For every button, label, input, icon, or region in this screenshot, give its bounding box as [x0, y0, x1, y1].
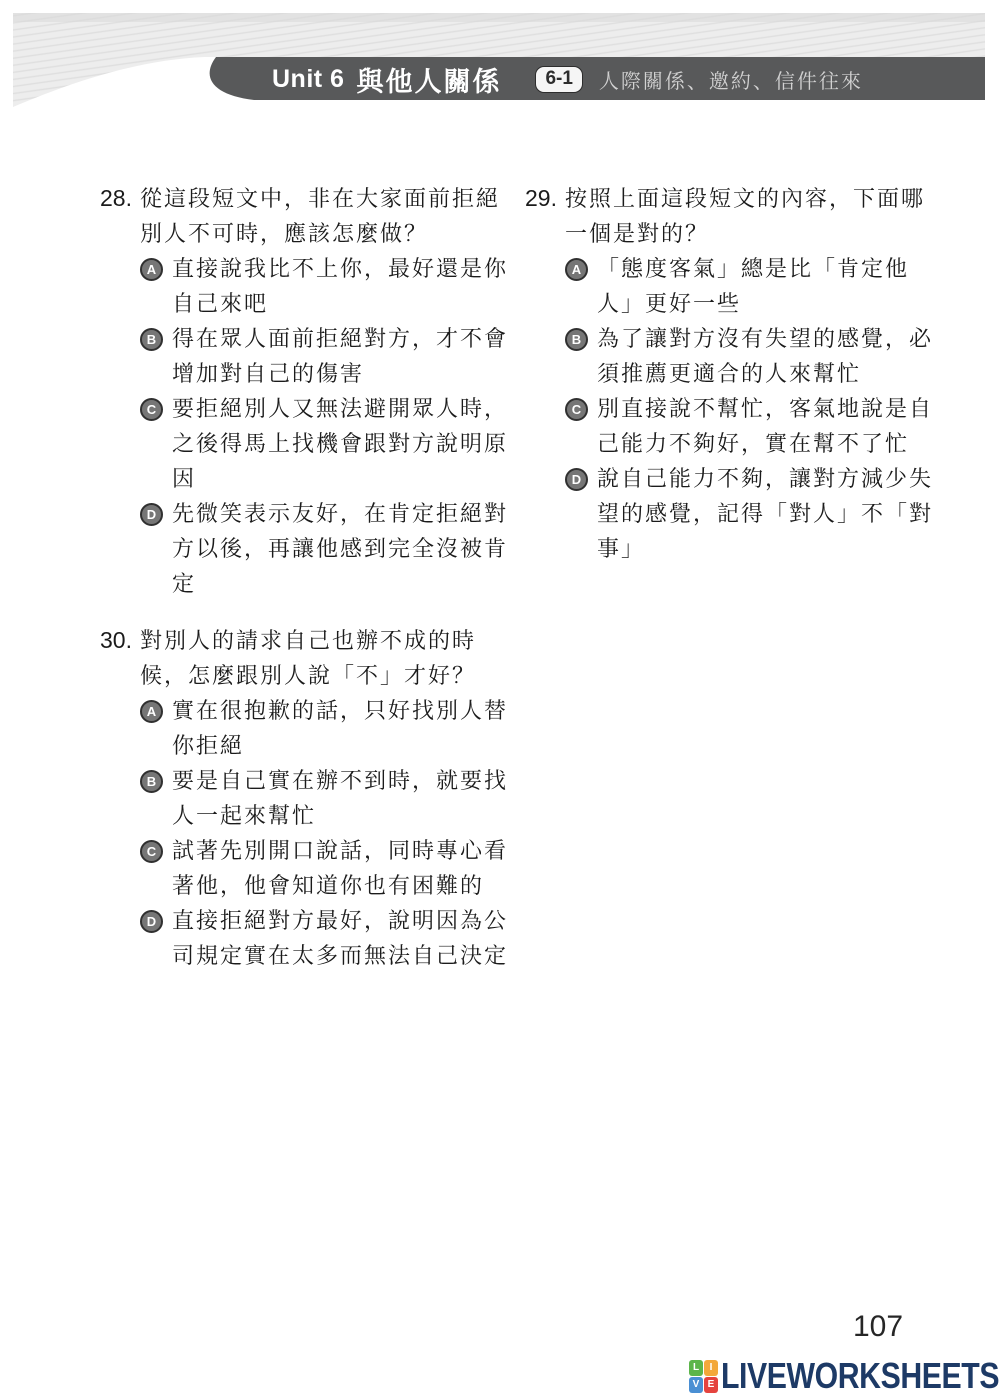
column-right: 29. 按照上面這段短文的內容，下面哪 一個是對的？ A 「態度客氣」總是比「肯…: [525, 182, 945, 567]
question-number: 29.: [525, 185, 557, 212]
liveworksheets-brand-text: LIVEWORKSHEETS: [721, 1355, 999, 1397]
option-c-marker-icon[interactable]: C: [565, 398, 588, 421]
question-30-option-a[interactable]: A 實在很抱歉的話，只好找別人替 你拒絕: [100, 694, 515, 764]
unit-title: 與他人關係: [356, 60, 501, 99]
worksheet-page: Unit 6 與他人關係 6-1 人際關係、邀約、信件往來 28. 從這段短文中…: [0, 0, 1000, 1398]
option-text: 得在眾人面前拒絕對方，才不會 增加對自己的傷害: [172, 322, 515, 392]
option-text: 說自己能力不夠，讓對方減少失 望的感覺，記得「對人」不「對 事」: [597, 462, 945, 567]
question-28-option-c[interactable]: C 要拒絕別人又無法避開眾人時， 之後得馬上找機會跟對方說明原 因: [100, 392, 515, 497]
option-text: 試著先別開口說話，同時專心看 著他，他會知道你也有困難的: [172, 834, 515, 904]
question-28-option-b[interactable]: B 得在眾人面前拒絕對方，才不會 增加對自己的傷害: [100, 322, 515, 392]
question-29-option-a[interactable]: A 「態度客氣」總是比「肯定他 人」更好一些: [525, 252, 945, 322]
option-text: 別直接說不幫忙，客氣地說是自 己能力不夠好，實在幫不了忙: [597, 392, 945, 462]
section-badge: 6-1: [535, 66, 582, 93]
option-d-marker-icon[interactable]: D: [565, 468, 588, 491]
question-29: 29. 按照上面這段短文的內容，下面哪 一個是對的？ A 「態度客氣」總是比「肯…: [525, 182, 945, 567]
option-text: 要拒絕別人又無法避開眾人時， 之後得馬上找機會跟對方說明原 因: [172, 392, 515, 497]
option-a-marker-icon[interactable]: A: [140, 700, 163, 723]
option-a-marker-icon[interactable]: A: [565, 258, 588, 281]
option-c-marker-icon[interactable]: C: [140, 840, 163, 863]
question-text: 從這段短文中，非在大家面前拒絕 別人不可時，應該怎麼做？: [100, 182, 515, 252]
option-text: 實在很抱歉的話，只好找別人替 你拒絕: [172, 694, 515, 764]
column-left: 28. 從這段短文中，非在大家面前拒絕 別人不可時，應該怎麼做？ A 直接說我比…: [100, 182, 515, 974]
logo-square-v: V: [689, 1377, 703, 1393]
question-text: 按照上面這段短文的內容，下面哪 一個是對的？: [525, 182, 945, 252]
option-b-marker-icon[interactable]: B: [140, 328, 163, 351]
option-b-marker-icon[interactable]: B: [140, 770, 163, 793]
question-number: 30.: [100, 627, 132, 654]
page-number: 107: [853, 1310, 903, 1344]
question-30-option-b[interactable]: B 要是自己實在辦不到時，就要找 人一起來幫忙: [100, 764, 515, 834]
question-30: 30. 對別人的請求自己也辦不成的時 候，怎麼跟別人說「不」才好？ A 實在很抱…: [100, 624, 515, 974]
logo-square-i: I: [704, 1360, 718, 1376]
liveworksheets-grid-icon: L I V E: [689, 1360, 718, 1393]
option-d-marker-icon[interactable]: D: [140, 910, 163, 933]
question-29-option-c[interactable]: C 別直接說不幫忙，客氣地說是自 己能力不夠好，實在幫不了忙: [525, 392, 945, 462]
logo-square-l: L: [689, 1360, 703, 1376]
option-text: 直接拒絕對方最好，說明因為公 司規定實在太多而無法自己決定: [172, 904, 515, 974]
liveworksheets-logo[interactable]: L I V E LIVEWORKSHEETS: [689, 1355, 1000, 1397]
unit-label: Unit 6: [272, 65, 344, 94]
option-text: 直接說我比不上你，最好還是你 自己來吧: [172, 252, 515, 322]
option-text: 先微笑表示友好，在肯定拒絕對 方以後，再讓他感到完全沒被肯 定: [172, 497, 515, 602]
question-text: 對別人的請求自己也辦不成的時 候，怎麼跟別人說「不」才好？: [100, 624, 515, 694]
option-text: 為了讓對方沒有失望的感覺，必 須推薦更適合的人來幫忙: [597, 322, 945, 392]
section-subtitle: 人際關係、邀約、信件往來: [599, 65, 863, 94]
question-28-option-d[interactable]: D 先微笑表示友好，在肯定拒絕對 方以後，再讓他感到完全沒被肯 定: [100, 497, 515, 602]
option-a-marker-icon[interactable]: A: [140, 258, 163, 281]
logo-square-e: E: [704, 1377, 718, 1393]
option-b-marker-icon[interactable]: B: [565, 328, 588, 351]
question-29-option-b[interactable]: B 為了讓對方沒有失望的感覺，必 須推薦更適合的人來幫忙: [525, 322, 945, 392]
question-30-option-c[interactable]: C 試著先別開口說話，同時專心看 著他，他會知道你也有困難的: [100, 834, 515, 904]
question-28: 28. 從這段短文中，非在大家面前拒絕 別人不可時，應該怎麼做？ A 直接說我比…: [100, 182, 515, 602]
option-c-marker-icon[interactable]: C: [140, 398, 163, 421]
banner-content: Unit 6 與他人關係 6-1 人際關係、邀約、信件往來: [272, 61, 863, 97]
option-text: 要是自己實在辦不到時，就要找 人一起來幫忙: [172, 764, 515, 834]
question-30-option-d[interactable]: D 直接拒絕對方最好，說明因為公 司規定實在太多而無法自己決定: [100, 904, 515, 974]
question-number: 28.: [100, 185, 132, 212]
header-top-strip: [13, 13, 985, 22]
option-text: 「態度客氣」總是比「肯定他 人」更好一些: [597, 252, 945, 322]
question-29-option-d[interactable]: D 說自己能力不夠，讓對方減少失 望的感覺，記得「對人」不「對 事」: [525, 462, 945, 567]
option-d-marker-icon[interactable]: D: [140, 503, 163, 526]
question-28-option-a[interactable]: A 直接說我比不上你，最好還是你 自己來吧: [100, 252, 515, 322]
